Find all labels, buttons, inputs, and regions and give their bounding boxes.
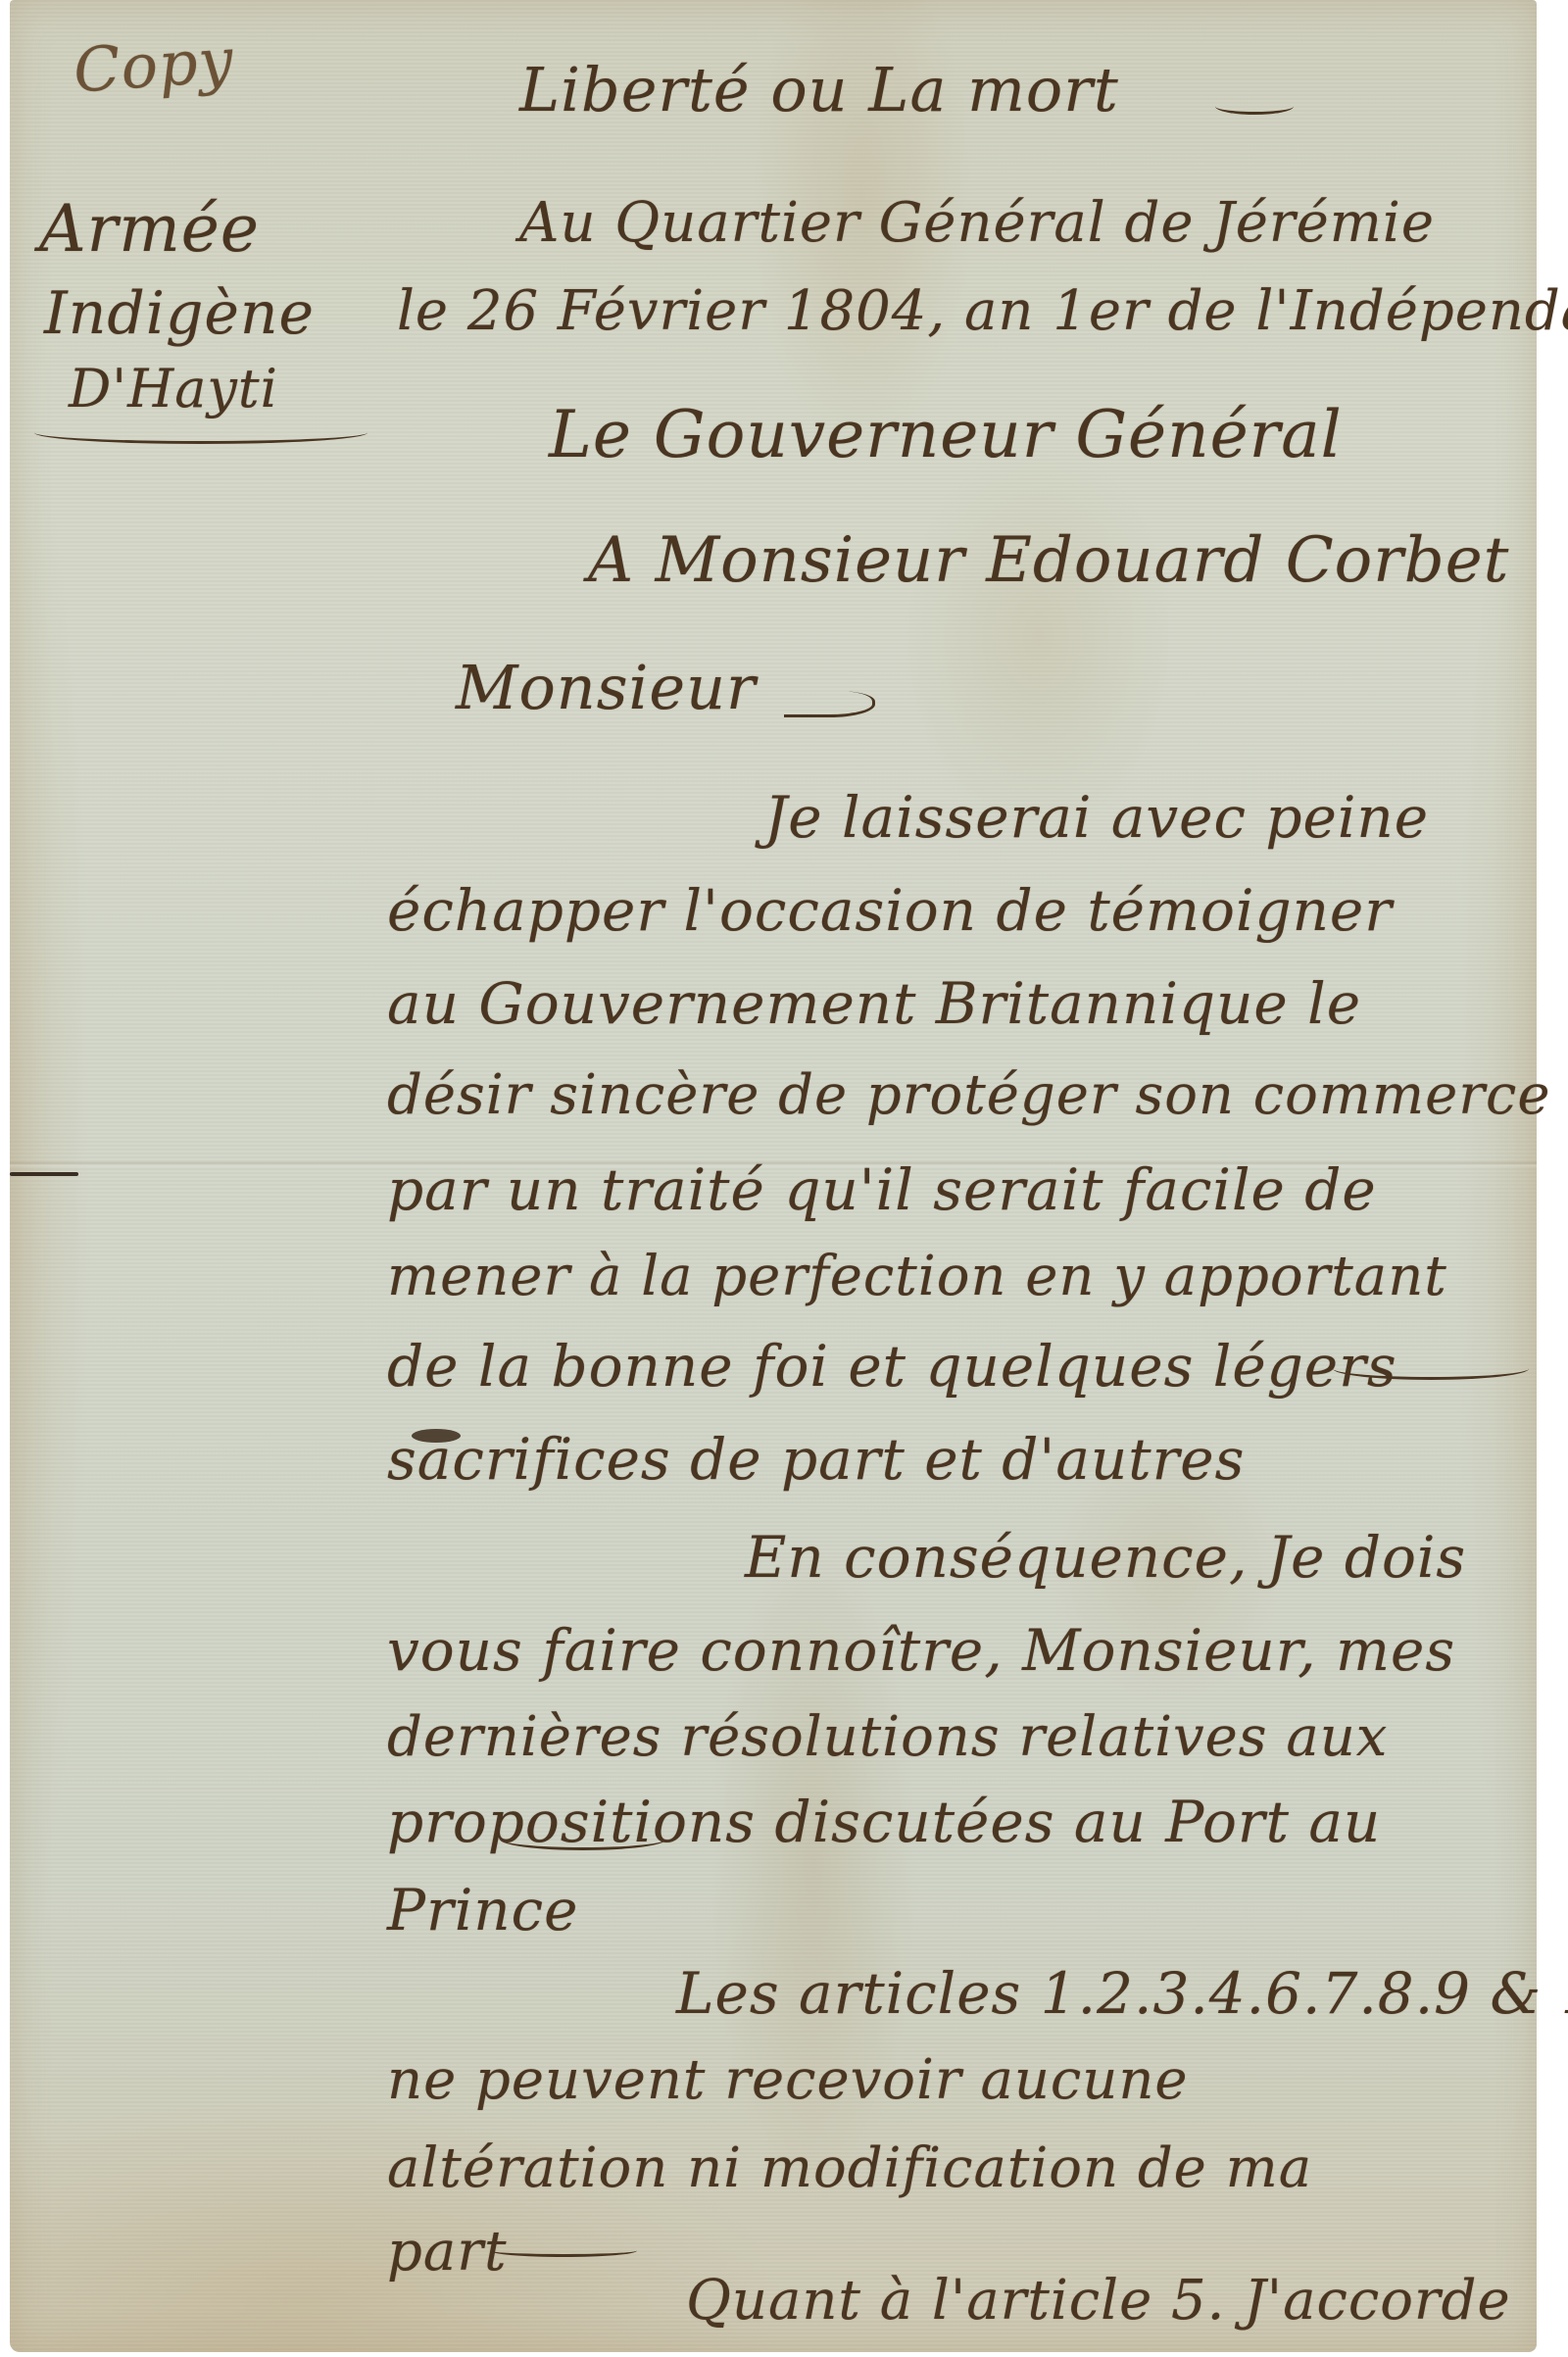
line-end-flourish xyxy=(1333,1357,1529,1380)
body-line: échapper l'occasion de témoigner xyxy=(387,877,1393,944)
margin-heading-armee: Armée xyxy=(39,191,260,267)
salutation-flourish xyxy=(784,691,875,717)
line-end-flourish xyxy=(500,1828,666,1850)
margin-heading-hayti: D'Hayti xyxy=(69,358,278,419)
body-line: En conséquence, Je dois xyxy=(745,1524,1466,1591)
body-line: Je laisserai avec peine xyxy=(764,784,1429,851)
salutation: Monsieur xyxy=(456,652,757,723)
body-line: au Gouvernement Britannique le xyxy=(387,970,1361,1037)
body-line: ne peuvent recevoir aucune xyxy=(387,2048,1189,2112)
body-line: dernières résolutions relatives aux xyxy=(387,1705,1388,1769)
margin-flourish xyxy=(34,421,367,444)
body-line: Les articles 1.2.3.4.6.7.8.9 & 10 xyxy=(676,1960,1568,2027)
line-end-flourish xyxy=(490,2244,637,2257)
ink-blot xyxy=(412,1429,461,1443)
date-line: le 26 Février 1804, an 1er de l'Indépend… xyxy=(397,279,1568,343)
sender-title: Le Gouverneur Général xyxy=(549,397,1343,472)
motto-flourish xyxy=(1215,98,1294,115)
body-line: Prince xyxy=(387,1877,578,1943)
location-line: Au Quartier Général de Jérémie xyxy=(519,191,1435,255)
body-line: sacrifices de part et d'autres xyxy=(387,1426,1245,1493)
body-line: par un traité qu'il serait facile de xyxy=(387,1156,1377,1223)
body-line: désir sincère de protéger son commerce xyxy=(387,1063,1550,1127)
body-line: mener à la perfection en y apportant xyxy=(387,1245,1447,1308)
body-line: de la bonne foi et quelques légers xyxy=(387,1333,1397,1399)
body-line: Quant à l'article 5. J'accorde xyxy=(686,2269,1511,2332)
recipient-line: A Monsieur Edouard Corbet xyxy=(588,524,1509,597)
body-line: vous faire connoître, Monsieur, mes xyxy=(387,1617,1455,1684)
motto: Liberté ou La mort xyxy=(519,54,1119,125)
copy-annotation: Copy xyxy=(72,24,236,106)
margin-heading-indigene: Indigène xyxy=(44,279,315,348)
paper-tear-notch xyxy=(10,1172,78,1176)
body-line: altération ni modification de ma xyxy=(387,2136,1312,2200)
body-line: part xyxy=(387,2220,508,2283)
